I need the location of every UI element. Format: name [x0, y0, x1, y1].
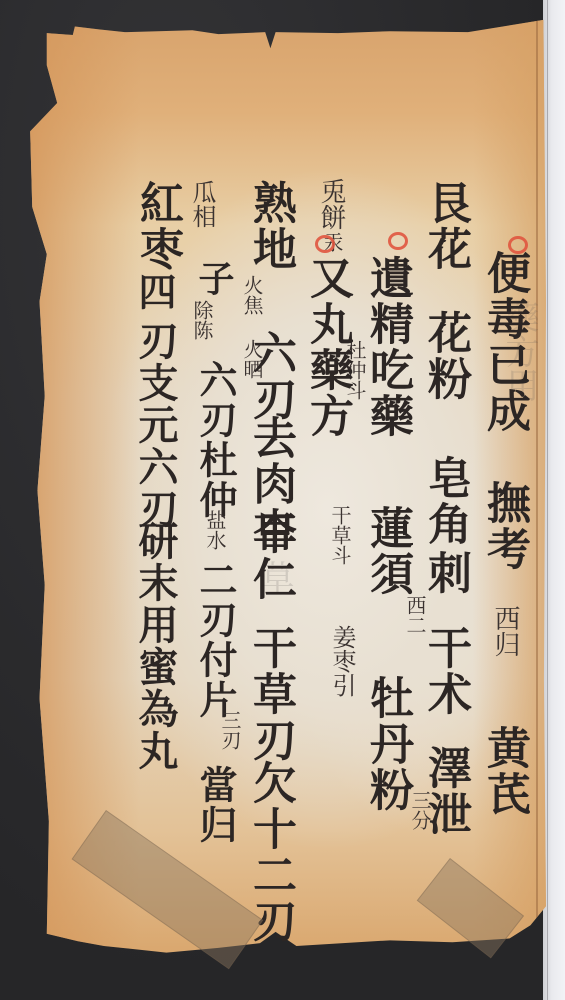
column-7-herb: 紅枣 — [135, 180, 179, 272]
column-2-herb-4: 刺 — [423, 550, 467, 596]
column-6-herb-4: 當归 — [196, 765, 234, 845]
column-6-herb: 子 — [196, 260, 232, 298]
column-4-top: 兎餅 — [318, 178, 344, 230]
column-5-herb: 熟地 — [248, 180, 292, 272]
column-6-small-1: 除陈 — [192, 300, 212, 340]
column-7-instruction: 研末用蜜為丸 — [135, 520, 175, 772]
column-4-small-bottom: 姜枣引 — [330, 625, 354, 697]
red-circle-mark — [388, 232, 408, 250]
adjacent-page-edge — [543, 0, 565, 1000]
column-2-herb-5: 干术 — [423, 625, 467, 717]
column-3-tail-note: 三分 — [410, 790, 430, 830]
page-spine-line — [536, 18, 538, 963]
column-6-herb-3: 二刃付片 — [196, 560, 234, 720]
column-6-herb-2: 六刃杜仲 — [196, 360, 234, 520]
column-1-title: 便毒已成 — [482, 250, 526, 434]
column-5-herb-4: 干草刃 — [248, 625, 292, 763]
column-2-herb-2: 花粉 — [423, 310, 467, 402]
column-4-small-mid: 干草斗 — [330, 505, 350, 565]
column-6-top-small: 瓜相 — [190, 180, 214, 228]
column-2-herb-3: 皂角 — [423, 455, 467, 547]
column-3-title: 遺精吃藥 — [365, 255, 409, 439]
red-circle-mark — [315, 235, 335, 253]
column-5-qty: 六刃 — [248, 330, 292, 422]
column-6-small-4: 盐水 — [205, 510, 225, 550]
column-1-herb-2: 黄芪 — [482, 725, 526, 817]
column-2-small-note: 西二 — [405, 595, 425, 635]
column-4-title: 又丸藥方 — [305, 255, 349, 439]
column-6-small-5: 三刃 — [220, 710, 240, 750]
column-2-herb: 艮花 — [423, 180, 467, 272]
column-3-herb: 蓮須 — [365, 505, 409, 597]
column-3-herb-2: 牡丹粉 — [365, 675, 409, 813]
column-7-circled-number: 四 — [135, 272, 173, 312]
column-5-herb-3: 早仁 — [248, 510, 292, 602]
column-7-herb-2: 刃支元六刃 — [135, 320, 175, 530]
column-1-herb: 撫考 — [482, 480, 526, 572]
column-1-note: 西归 — [492, 605, 518, 657]
